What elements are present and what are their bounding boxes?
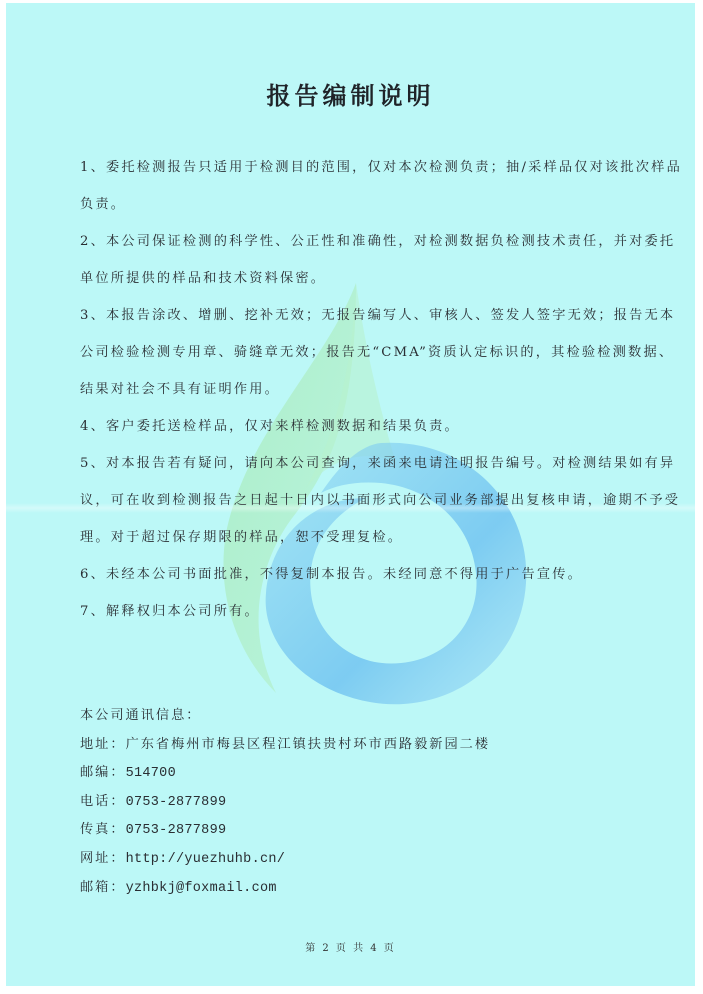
fax-label: 传真： [80, 822, 126, 837]
website-label: 网址： [80, 851, 126, 866]
email-link[interactable]: yzhbkj@foxmail.com [126, 881, 277, 896]
contact-email: 邮箱：yzhbkj@foxmail.com [80, 878, 640, 907]
clauses-list: 1、委托检测报告只适用于检测目的范围，仅对本次检测负责；抽/采样品仅对该批次样品… [80, 156, 640, 637]
clause-line: 议，可在收到检测报告之日起十日内以书面形式向公司业务部提出复核申请，逾期不予受 [80, 489, 640, 526]
contact-postcode: 邮编：514700 [80, 763, 640, 792]
address-value: 广东省梅州市梅县区程江镇扶贵村环市西路毅新园二楼 [126, 737, 491, 752]
clause-6: 6、未经本公司书面批准，不得复制本报告。未经同意不得用于广告宣传。 [80, 563, 640, 600]
clause-line: 6、未经本公司书面批准，不得复制本报告。未经同意不得用于广告宣传。 [80, 563, 640, 600]
website-link[interactable]: http://yuezhuhb.cn/ [126, 852, 286, 867]
clause-line: 2、本公司保证检测的科学性、公正性和准确性，对检测数据负检测技术责任，并对委托 [80, 230, 640, 267]
postcode-label: 邮编： [80, 765, 126, 780]
email-label: 邮箱： [80, 880, 126, 895]
document-page: 报告编制说明 1、委托检测报告只适用于检测目的范围，仅对本次检测负责；抽/采样品… [6, 3, 695, 986]
page-title: 报告编制说明 [6, 76, 695, 111]
clause-4: 4、客户委托送检样品，仅对来样检测数据和结果负责。 [80, 415, 640, 452]
clause-line: 单位所提供的样品和技术资料保密。 [80, 267, 640, 304]
clause-line: 结果对社会不具有证明作用。 [80, 378, 640, 415]
clause-line: 理。对于超过保存期限的样品，恕不受理复检。 [80, 526, 640, 563]
clause-line: 4、客户委托送检样品，仅对来样检测数据和结果负责。 [80, 415, 640, 452]
contact-website: 网址：http://yuezhuhb.cn/ [80, 849, 640, 878]
clause-1: 1、委托检测报告只适用于检测目的范围，仅对本次检测负责；抽/采样品仅对该批次样品… [80, 156, 640, 230]
phone-value: 0753-2877899 [126, 795, 227, 810]
clause-7: 7、解释权归本公司所有。 [80, 600, 640, 637]
postcode-value: 514700 [126, 766, 176, 781]
clause-line: 1、委托检测报告只适用于检测目的范围，仅对本次检测负责；抽/采样品仅对该批次样品 [80, 156, 640, 193]
clause-line: 5、对本报告若有疑问，请向本公司查询，来函来电请注明报告编号。对检测结果如有异 [80, 452, 640, 489]
clause-3: 3、本报告涂改、增删、挖补无效；无报告编写人、审核人、签发人签字无效；报告无本 … [80, 304, 640, 415]
clause-line: 3、本报告涂改、增删、挖补无效；无报告编写人、审核人、签发人签字无效；报告无本 [80, 304, 640, 341]
clause-line: 负责。 [80, 193, 640, 230]
page-number: 第 2 页 共 4 页 [6, 939, 695, 954]
contact-info: 本公司通讯信息： 地址：广东省梅州市梅县区程江镇扶贵村环市西路毅新园二楼 邮编：… [80, 706, 640, 906]
phone-label: 电话： [80, 794, 126, 809]
address-label: 地址： [80, 737, 126, 752]
clause-5: 5、对本报告若有疑问，请向本公司查询，来函来电请注明报告编号。对检测结果如有异 … [80, 452, 640, 563]
contact-heading: 本公司通讯信息： [80, 706, 640, 735]
contact-phone: 电话：0753-2877899 [80, 792, 640, 821]
clause-2: 2、本公司保证检测的科学性、公正性和准确性，对检测数据负检测技术责任，并对委托 … [80, 230, 640, 304]
fax-value: 0753-2877899 [126, 823, 227, 838]
clause-line: 公司检验检测专用章、骑缝章无效；报告无“CMA”资质认定标识的，其检验检测数据、 [80, 341, 640, 378]
contact-address: 地址：广东省梅州市梅县区程江镇扶贵村环市西路毅新园二楼 [80, 735, 640, 764]
clause-line: 7、解释权归本公司所有。 [80, 600, 640, 637]
contact-fax: 传真：0753-2877899 [80, 820, 640, 849]
